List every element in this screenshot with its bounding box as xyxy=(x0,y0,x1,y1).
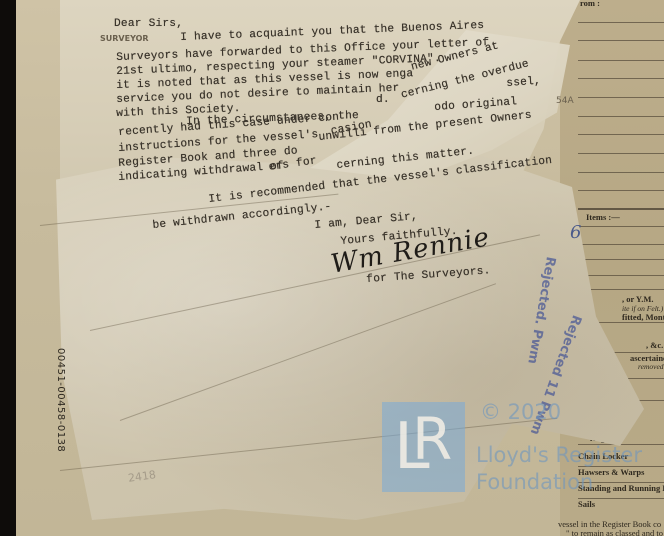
form-rule xyxy=(578,22,664,23)
scan-border xyxy=(0,0,16,536)
reference-number: 00451-00458-0138 xyxy=(55,348,66,452)
form-label: , &c. xyxy=(646,340,663,350)
form-label-sails: Sails xyxy=(578,499,595,509)
form-rule xyxy=(578,134,664,135)
form-label: Items :— xyxy=(586,212,620,222)
form-label: rom : xyxy=(580,0,600,8)
form-rule xyxy=(578,208,664,210)
lr-logo-r: R xyxy=(412,404,452,474)
form-rule xyxy=(578,275,664,276)
form-label: fitted, Month xyxy=(622,312,664,322)
form-rule xyxy=(578,60,664,61)
lr-logo: L R xyxy=(382,402,465,492)
form-rule xyxy=(578,40,664,41)
watermark-org-line2: Foundation xyxy=(476,470,593,494)
form-rule xyxy=(578,78,664,79)
annotation-six: 6 xyxy=(570,222,581,243)
form-rule xyxy=(578,153,664,154)
fragment-line: d. xyxy=(376,94,390,106)
form-rule xyxy=(578,259,664,260)
letterhead-fragment: SURVEYOR xyxy=(100,34,149,43)
lr-logo-mark: L R xyxy=(382,402,465,492)
form-rule xyxy=(578,97,664,98)
annotation-54a: 54A xyxy=(556,96,574,106)
form-rule xyxy=(578,190,664,191)
watermark-copyright: © 2020 xyxy=(480,400,561,424)
fragment-line: ssel, xyxy=(506,76,541,90)
form-rule xyxy=(578,226,664,227)
form-rule xyxy=(578,172,664,173)
form-label: , or Y.M. xyxy=(622,294,654,304)
form-label: removed xyxy=(638,362,664,371)
form-rule xyxy=(578,116,664,117)
form-rule xyxy=(578,244,664,245)
watermark-org-line1: Lloyd's Register xyxy=(476,443,642,467)
form-footer-line: " to remain as classed and to xyxy=(566,528,663,536)
letter-salutation: Dear Sirs, xyxy=(114,18,183,30)
